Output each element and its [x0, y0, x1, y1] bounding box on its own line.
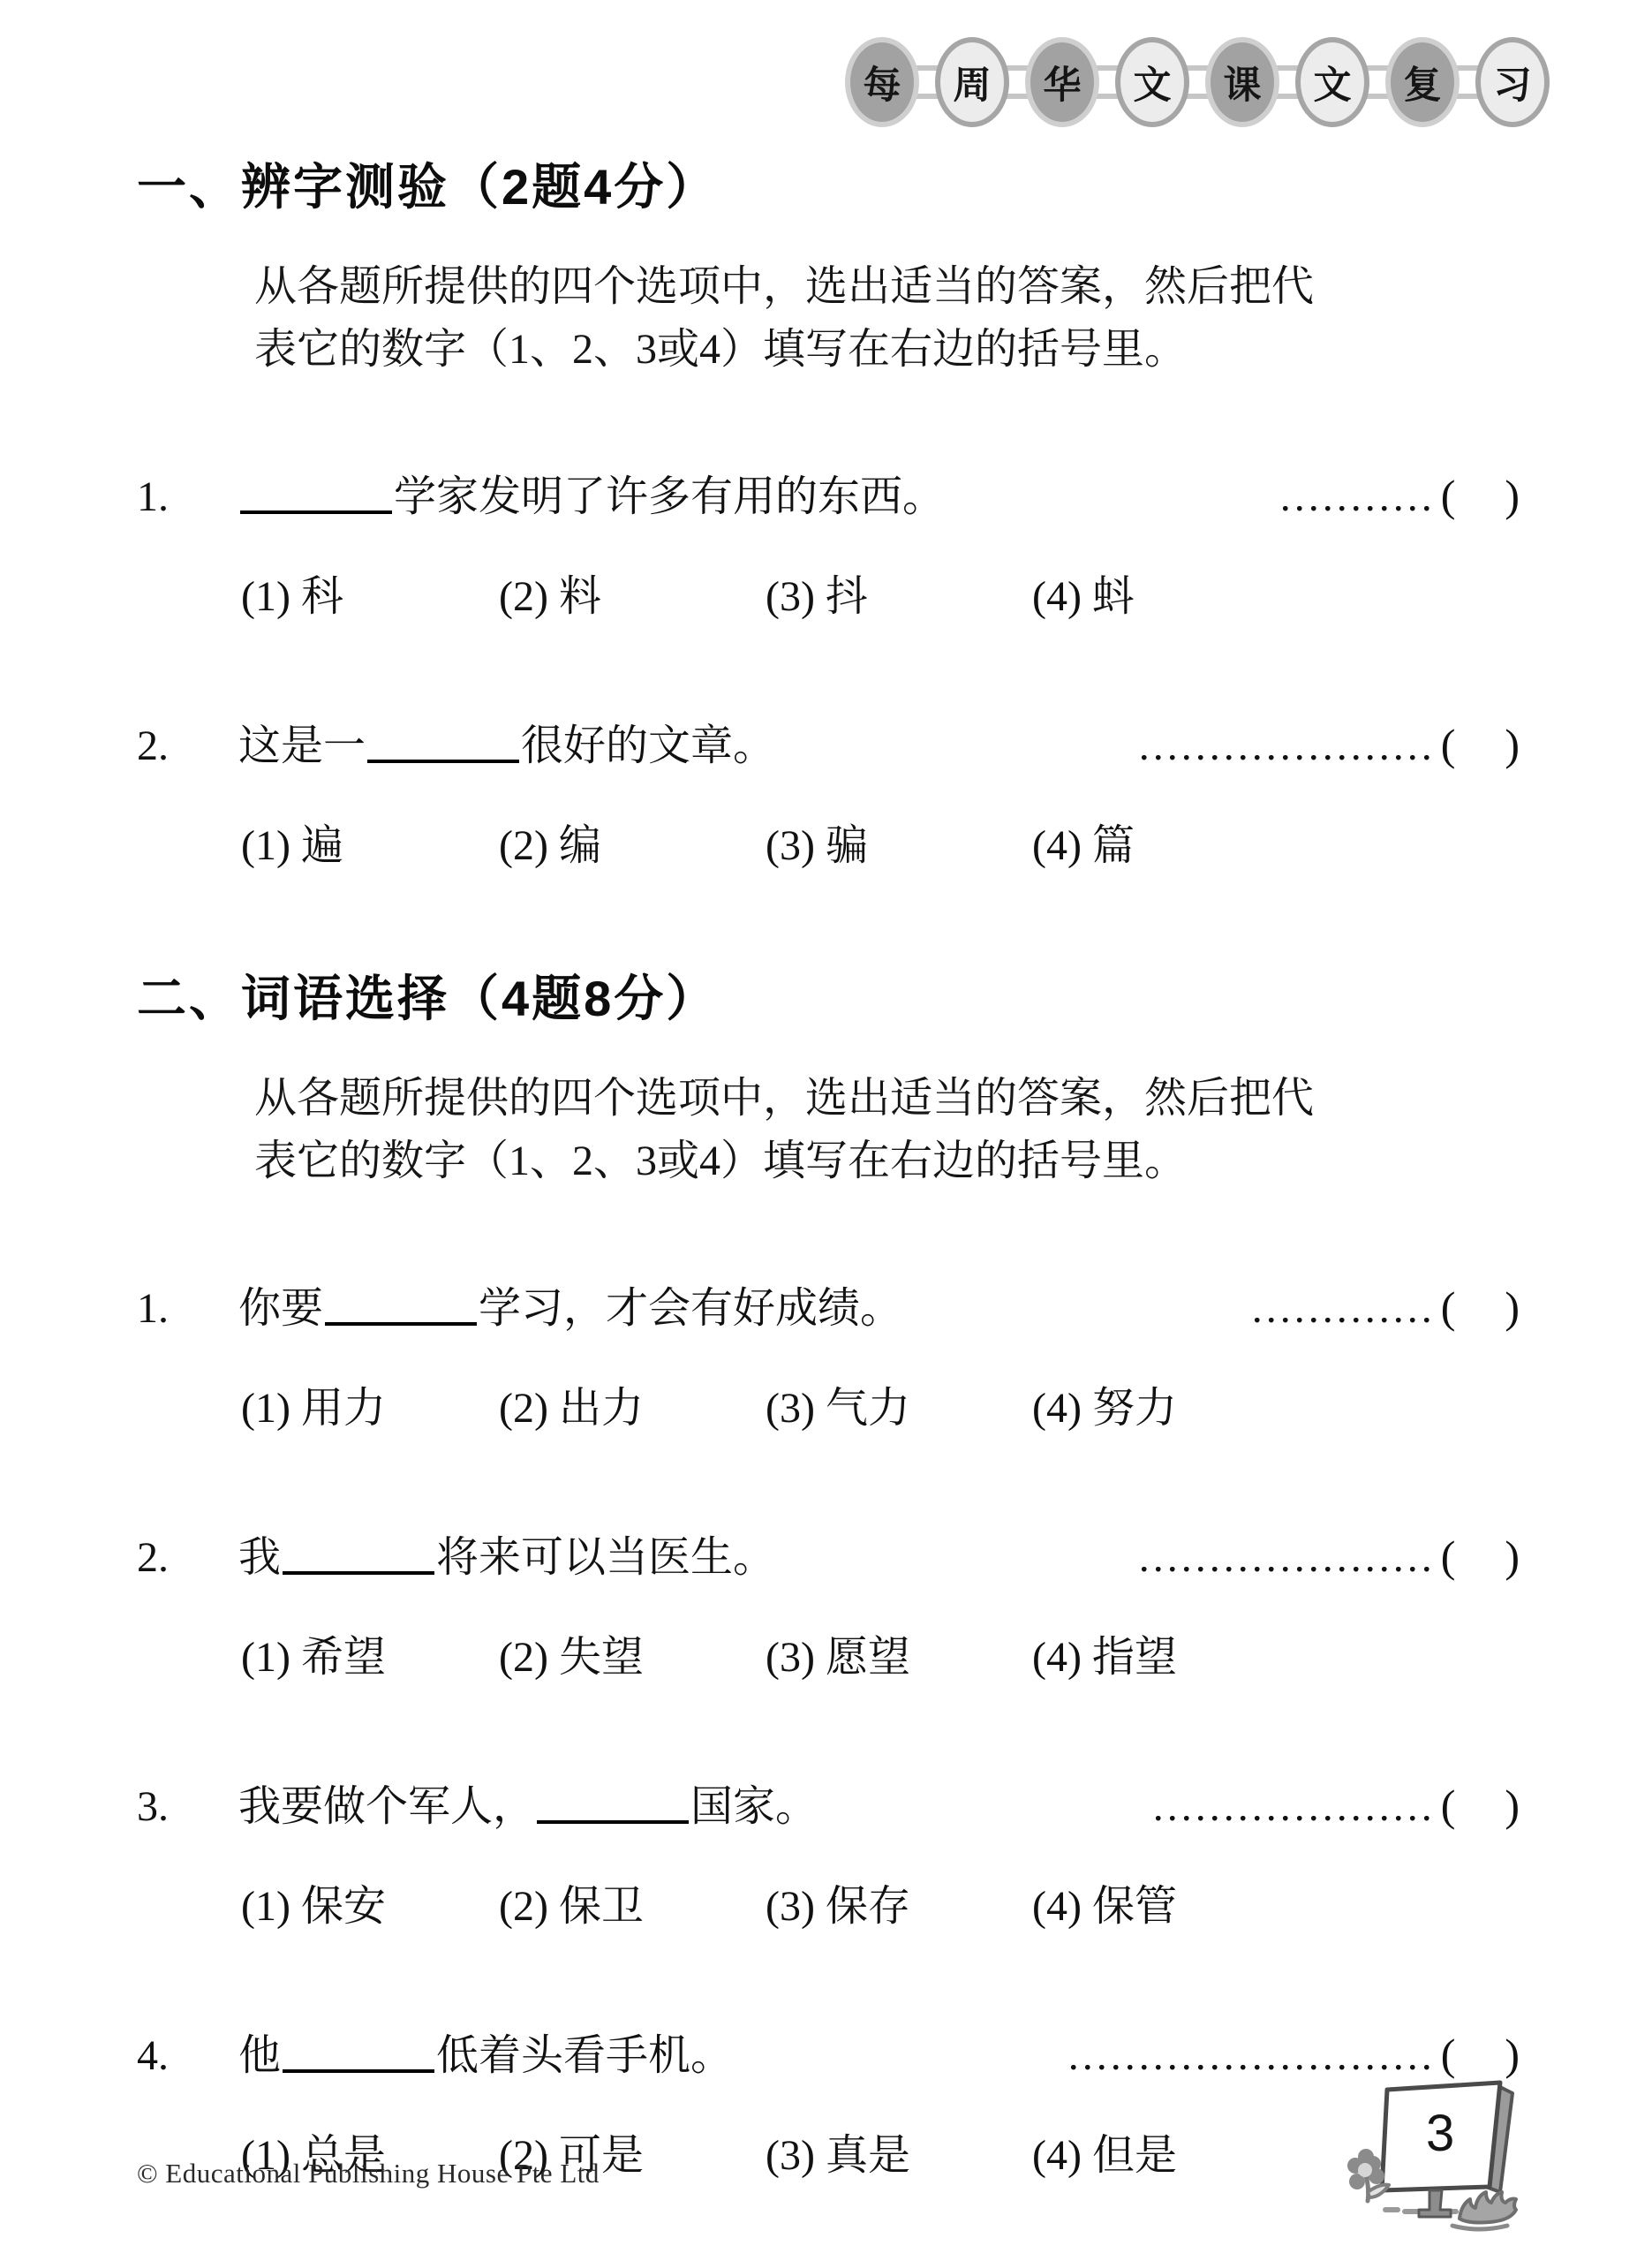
question-number: 1.: [137, 473, 238, 521]
question-post-text: 很好的文章。: [521, 722, 775, 769]
badge-char: 周: [935, 37, 1009, 127]
option-4: (4) 篇: [1032, 811, 1520, 872]
option-4: (4) 蚪: [1032, 562, 1520, 623]
instruction-line: 表它的数字（1、2、3或4）填写在右边的括号里。: [254, 319, 1520, 382]
option-row: (1) 希望 (2) 失望 (3) 愿望 (4) 指望: [241, 1622, 1520, 1683]
option-3: (3) 抖: [766, 562, 1032, 623]
answer-leader: .....................(): [1139, 1531, 1520, 1582]
badge-char: 华: [1025, 37, 1099, 127]
fill-in-blank: [537, 1811, 689, 1824]
question-pre-text: 你要: [238, 1285, 323, 1332]
question-text: 我将来可以当医生。: [238, 1523, 775, 1584]
option-3: (3) 真是: [766, 2121, 1032, 2182]
answer-paren-open: (: [1441, 470, 1456, 521]
question-s1-q2: 2. 这是一很好的文章。 .....................() (1)…: [137, 711, 1520, 872]
answer-paren-open: (: [1441, 1531, 1456, 1582]
question-pre-text: 我要做个军人，: [238, 1783, 535, 1830]
page-number: 3: [1426, 2104, 1454, 2163]
instruction-line: 表它的数字（1、2、3或4）填写在右边的括号里。: [254, 1130, 1520, 1193]
answer-paren-close: ): [1505, 1531, 1520, 1582]
option-1: (1) 保安: [241, 1872, 499, 1932]
question-pre-text: 我: [238, 1534, 281, 1581]
question-s2-q1: 1. 你要学习，才会有好成绩。 .............() (1) 用力 (…: [137, 1274, 1520, 1434]
section-1-heading: 一、辨字测验（2题4分）: [137, 148, 1520, 219]
option-4: (4) 保管: [1032, 1872, 1520, 1932]
option-1: (1) 遍: [241, 811, 499, 872]
copyright-text: © Educational Publishing House Pte Ltd: [137, 2158, 600, 2189]
page-number-sign: 3: [1334, 2058, 1564, 2252]
question-text: 学家发明了许多有用的东西。: [238, 462, 945, 523]
question-post-text: 低着头看手机。: [436, 2032, 733, 2079]
worksheet-body: 一、辨字测验（2题4分） 从各题所提供的四个选项中，选出适当的答案，然后把代 表…: [0, 0, 1652, 2182]
option-4: (4) 努力: [1032, 1373, 1520, 1434]
option-row: (1) 保安 (2) 保卫 (3) 保存 (4) 保管: [241, 1872, 1520, 1932]
dotted-leader: .....................: [1139, 722, 1436, 770]
option-3: (3) 骗: [766, 811, 1032, 872]
option-row: (1) 科 (2) 料 (3) 抖 (4) 蚪: [241, 562, 1520, 623]
question-pre-text: 这是一: [238, 722, 366, 769]
section-2-heading: 二、词语选择（4题8分）: [137, 960, 1520, 1031]
question-number: 4.: [137, 2031, 238, 2080]
dotted-leader: ....................: [1153, 1782, 1436, 1831]
option-1: (1) 用力: [241, 1373, 499, 1434]
question-text: 你要学习，才会有好成绩。: [238, 1274, 902, 1335]
badge-char: 文: [1115, 37, 1189, 127]
fill-in-blank: [283, 1562, 434, 1575]
fill-in-blank: [367, 751, 519, 763]
option-row: (1) 遍 (2) 编 (3) 骗 (4) 篇: [241, 811, 1520, 872]
answer-leader: ...........(): [1280, 470, 1520, 521]
option-2: (2) 失望: [499, 1622, 766, 1683]
dotted-leader: .............: [1252, 1284, 1436, 1333]
question-post-text: 国家。: [690, 1783, 818, 1830]
question-text: 这是一很好的文章。: [238, 711, 775, 772]
question-text: 我要做个军人，国家。: [238, 1772, 818, 1833]
answer-paren-close: ): [1505, 470, 1520, 521]
badge-char: 文: [1295, 37, 1369, 127]
answer-leader: .....................(): [1139, 719, 1520, 770]
answer-paren-open: (: [1441, 1282, 1456, 1333]
instruction-line: 从各题所提供的四个选项中，选出适当的答案，然后把代: [254, 256, 1520, 319]
question-s2-q3: 3. 我要做个军人，国家。 ....................() (1)…: [137, 1772, 1520, 1932]
question-post-text: 将来可以当医生。: [436, 1534, 775, 1581]
question-pre-text: 他: [238, 2032, 281, 2079]
answer-leader: ....................(): [1153, 1780, 1520, 1831]
question-post-text: 学家发明了许多有用的东西。: [394, 473, 945, 520]
dotted-leader: ...........: [1280, 473, 1436, 521]
option-row: (1) 用力 (2) 出力 (3) 气力 (4) 努力: [241, 1373, 1520, 1434]
badge-char: 课: [1205, 37, 1279, 127]
answer-paren-open: (: [1441, 1780, 1456, 1831]
fill-in-blank: [325, 1313, 477, 1326]
answer-paren-open: (: [1441, 719, 1456, 770]
option-1: (1) 科: [241, 562, 499, 623]
option-1: (1) 希望: [241, 1622, 499, 1683]
answer-paren-close: ): [1505, 719, 1520, 770]
option-2: (2) 保卫: [499, 1872, 766, 1932]
instruction-line: 从各题所提供的四个选项中，选出适当的答案，然后把代: [254, 1068, 1520, 1130]
section-1-instructions: 从各题所提供的四个选项中，选出适当的答案，然后把代 表它的数字（1、2、3或4）…: [254, 256, 1520, 381]
option-4: (4) 指望: [1032, 1622, 1520, 1683]
worksheet-page: 每 周 华 文 课 文 复 习 一、辨字测验（2题4分） 从各题所提供的四个选项…: [0, 0, 1652, 2261]
question-s1-q1: 1. 学家发明了许多有用的东西。 ...........() (1) 科 (2)…: [137, 462, 1520, 623]
badge-char: 复: [1385, 37, 1460, 127]
header-title-badges: 每 周 华 文 课 文 复 习: [845, 37, 1550, 127]
question-number: 3.: [137, 1782, 238, 1831]
option-3: (3) 愿望: [766, 1622, 1032, 1683]
question-s2-q2: 2. 我将来可以当医生。 .....................() (1)…: [137, 1523, 1520, 1683]
badge-char: 习: [1475, 37, 1550, 127]
question-text: 他低着头看手机。: [238, 2021, 733, 2082]
option-2: (2) 出力: [499, 1373, 766, 1434]
option-2: (2) 料: [499, 562, 766, 623]
fill-in-blank: [240, 502, 392, 514]
option-3: (3) 保存: [766, 1872, 1032, 1932]
badge-char: 每: [845, 37, 919, 127]
question-number: 2.: [137, 1533, 238, 1582]
question-number: 1.: [137, 1284, 238, 1333]
question-number: 2.: [137, 722, 238, 770]
option-3: (3) 气力: [766, 1373, 1032, 1434]
option-2: (2) 编: [499, 811, 766, 872]
answer-paren-close: ): [1505, 1282, 1520, 1333]
answer-leader: .............(): [1252, 1282, 1520, 1333]
question-post-text: 学习，才会有好成绩。: [479, 1285, 902, 1332]
section-2-instructions: 从各题所提供的四个选项中，选出适当的答案，然后把代 表它的数字（1、2、3或4）…: [254, 1068, 1520, 1192]
answer-paren-close: ): [1505, 1780, 1520, 1831]
fill-in-blank: [283, 2061, 434, 2073]
dotted-leader: .....................: [1139, 1533, 1436, 1582]
